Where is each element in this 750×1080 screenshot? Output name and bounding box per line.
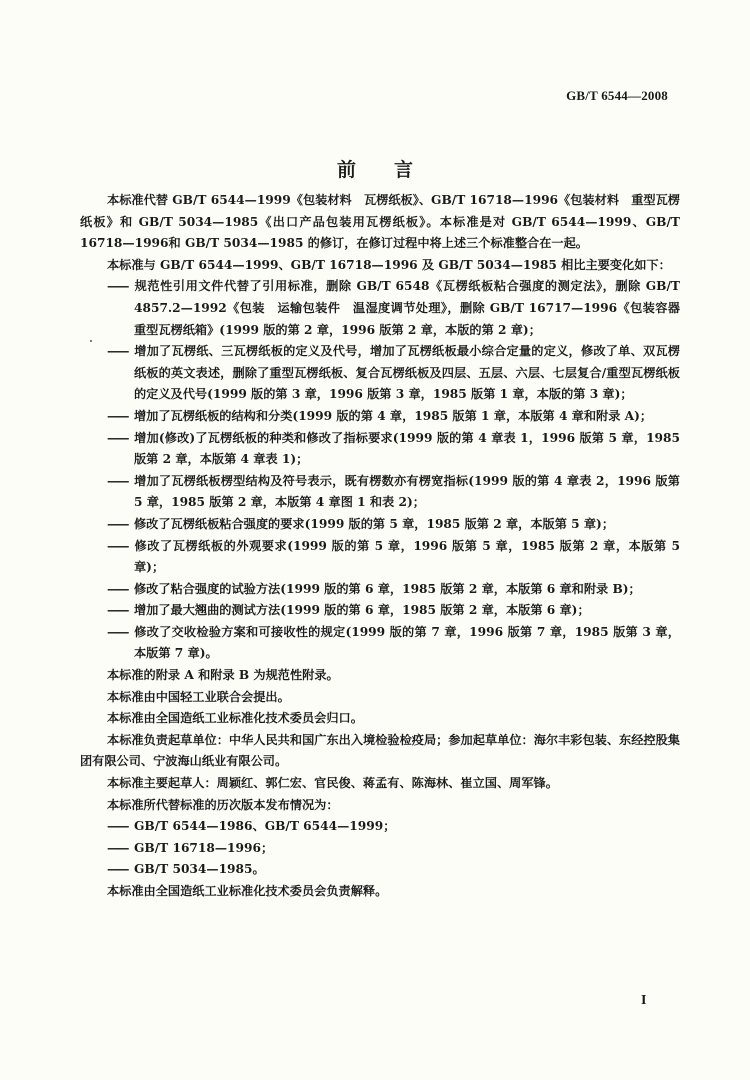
page-title: 前言 <box>0 155 750 182</box>
list-item: ——GB/T 16718—1996； <box>107 838 680 860</box>
list-item: ——规范性引用文件代替了引用标准，删除 GB/T 6548《瓦楞纸板粘合强度的测… <box>107 276 680 341</box>
paragraph-changes-intro: 本标准与 GB/T 6544—1999、GB/T 16718—1996 及 GB… <box>80 255 680 277</box>
dash-marker: —— <box>107 406 134 428</box>
history-list: ——GB/T 6544—1986、GB/T 6544—1999； ——GB/T … <box>80 816 680 881</box>
paragraph-proposed-by: 本标准由中国轻工业联合会提出。 <box>80 687 680 709</box>
standard-code: GB/T 6544—2008 <box>566 88 668 104</box>
list-item: ——增加了最大翘曲的测试方法(1999 版的第 6 章，1985 版第 2 章，… <box>107 600 680 622</box>
list-item: ——GB/T 6544—1986、GB/T 6544—1999； <box>107 816 680 838</box>
page-number: I <box>641 993 646 1009</box>
paragraph-replaces: 本标准代替 GB/T 6544—1999《包装材料 瓦楞纸板》、GB/T 167… <box>80 190 680 255</box>
list-item: ——修改了瓦楞纸板的外观要求(1999 版的第 5 章，1996 版第 5 章，… <box>107 536 680 579</box>
list-item: ——增加了瓦楞纸板的结构和分类(1999 版的第 4 章，1985 版第 1 章… <box>107 406 680 428</box>
list-item: ——修改了瓦楞纸板粘合强度的要求(1999 版的第 5 章，1985 版第 2 … <box>107 514 680 536</box>
dash-marker: —— <box>107 622 134 644</box>
paragraph-history-intro: 本标准所代替标准的历次版本发布情况为： <box>80 795 680 817</box>
dash-marker: —— <box>107 428 134 450</box>
list-item: ——增加了瓦楞纸、三瓦楞纸板的定义及代号，增加了瓦楞纸板最小综合定量的定义，修改… <box>107 341 680 406</box>
paragraph-drafting-units: 本标准负责起草单位：中华人民共和国广东出入境检验检疫局；参加起草单位：海尔丰彩包… <box>80 730 680 773</box>
list-item: ——修改了粘合强度的试验方法(1999 版的第 6 章，1985 版第 2 章，… <box>107 579 680 601</box>
paragraph-centralized-by: 本标准由全国造纸工业标准化技术委员会归口。 <box>80 708 680 730</box>
paragraph-appendix: 本标准的附录 A 和附录 B 为规范性附录。 <box>80 665 680 687</box>
dash-marker: —— <box>107 341 134 363</box>
list-item: ——增加(修改)了瓦楞纸板的种类和修改了指标要求(1999 版的第 4 章表 1… <box>107 428 680 471</box>
dash-marker: —— <box>107 838 134 860</box>
document-body: 本标准代替 GB/T 6544—1999《包装材料 瓦楞纸板》、GB/T 167… <box>80 190 680 903</box>
dash-marker: —— <box>107 471 134 493</box>
dash-marker: —— <box>107 600 134 622</box>
paragraph-drafters: 本标准主要起草人：周颖红、郭仁宏、官民俊、蒋孟有、陈海林、崔立国、周军锋。 <box>80 773 680 795</box>
dash-marker: —— <box>107 859 134 881</box>
dash-marker: —— <box>107 816 134 838</box>
dash-marker: —— <box>107 276 134 298</box>
paragraph-interpretation: 本标准由全国造纸工业标准化技术委员会负责解释。 <box>80 881 680 903</box>
dash-marker: —— <box>107 536 134 558</box>
dash-marker: —— <box>107 579 134 601</box>
dash-marker: —— <box>107 514 134 536</box>
list-item: ——修改了交收检验方案和可接收性的规定(1999 版的第 7 章，1996 版第… <box>107 622 680 665</box>
list-item: ——GB/T 5034—1985。 <box>107 859 680 881</box>
list-item: ——增加了瓦楞纸板楞型结构及符号表示，既有楞数亦有楞宽指标(1999 版的第 4… <box>107 471 680 514</box>
changes-list: ——规范性引用文件代替了引用标准，删除 GB/T 6548《瓦楞纸板粘合强度的测… <box>80 276 680 665</box>
